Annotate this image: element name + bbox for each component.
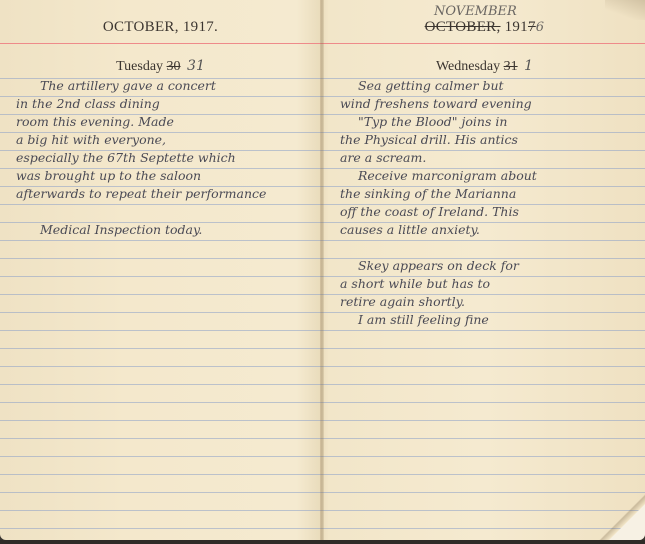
entry-line: room this evening. Made (0, 114, 321, 132)
entry-line (324, 240, 645, 258)
entry-line: Skey appears on deck for (324, 258, 645, 276)
right-month-struck: OCTOBER, (425, 19, 501, 35)
right-printed-date-struck: 31 (504, 59, 518, 74)
entry-line: was brought up to the saloon (0, 168, 321, 186)
right-month-header: OCTOBER, 19176 (324, 19, 645, 36)
entry-line: retire again shortly. (324, 294, 645, 312)
entry-line: a big hit with everyone, (0, 132, 321, 150)
right-year-digit-struck: 7 (528, 19, 536, 35)
right-page: NOVEMBER OCTOBER, 19176 Wednesday 31 1 S… (324, 0, 645, 540)
entry-line: especially the 67th Septette which (0, 150, 321, 168)
right-day-label: Wednesday (436, 59, 500, 74)
left-day-label: Tuesday (116, 59, 163, 74)
entry-line: are a scream. (324, 150, 645, 168)
right-handwritten-month: NOVEMBER (434, 4, 517, 19)
entry-line: Receive marconigram about (324, 168, 645, 186)
book-bottom-edge (0, 540, 645, 544)
left-printed-date-struck: 30 (167, 59, 181, 74)
entry-line (0, 204, 321, 222)
entry-line: afterwards to repeat their performance (0, 186, 321, 204)
left-handwritten-date: 31 (187, 58, 205, 74)
entry-line: wind freshens toward evening (324, 96, 645, 114)
right-entry: Sea getting calmer but wind freshens tow… (324, 78, 645, 330)
entry-line: off the coast of Ireland. This (324, 204, 645, 222)
diary-spread: OCTOBER, 1917. Tuesday 30 31 The artille… (0, 0, 645, 540)
entry-line: the Physical drill. His antics (324, 132, 645, 150)
right-year-printed: 191 (505, 19, 528, 35)
left-entry: The artillery gave a concert in the 2nd … (0, 78, 321, 240)
entry-line: in the 2nd class dining (0, 96, 321, 114)
right-day-heading: Wednesday 31 1 (324, 58, 645, 75)
left-day-heading: Tuesday 30 31 (0, 58, 321, 75)
entry-line: "Typ the Blood" joins in (324, 114, 645, 132)
right-year-digit-hand: 6 (536, 20, 545, 35)
left-page: OCTOBER, 1917. Tuesday 30 31 The artille… (0, 0, 321, 540)
entry-line: I am still feeling fine (324, 312, 645, 330)
entry-line: the sinking of the Marianna (324, 186, 645, 204)
entry-line: a short while but has to (324, 276, 645, 294)
entry-line: causes a little anxiety. (324, 222, 645, 240)
right-handwritten-date: 1 (524, 58, 533, 74)
left-month-header: OCTOBER, 1917. (0, 19, 321, 36)
entry-line: Sea getting calmer but (324, 78, 645, 96)
entry-line: The artillery gave a concert (0, 78, 321, 96)
entry-line: Medical Inspection today. (0, 222, 321, 240)
folded-corner (609, 504, 645, 540)
